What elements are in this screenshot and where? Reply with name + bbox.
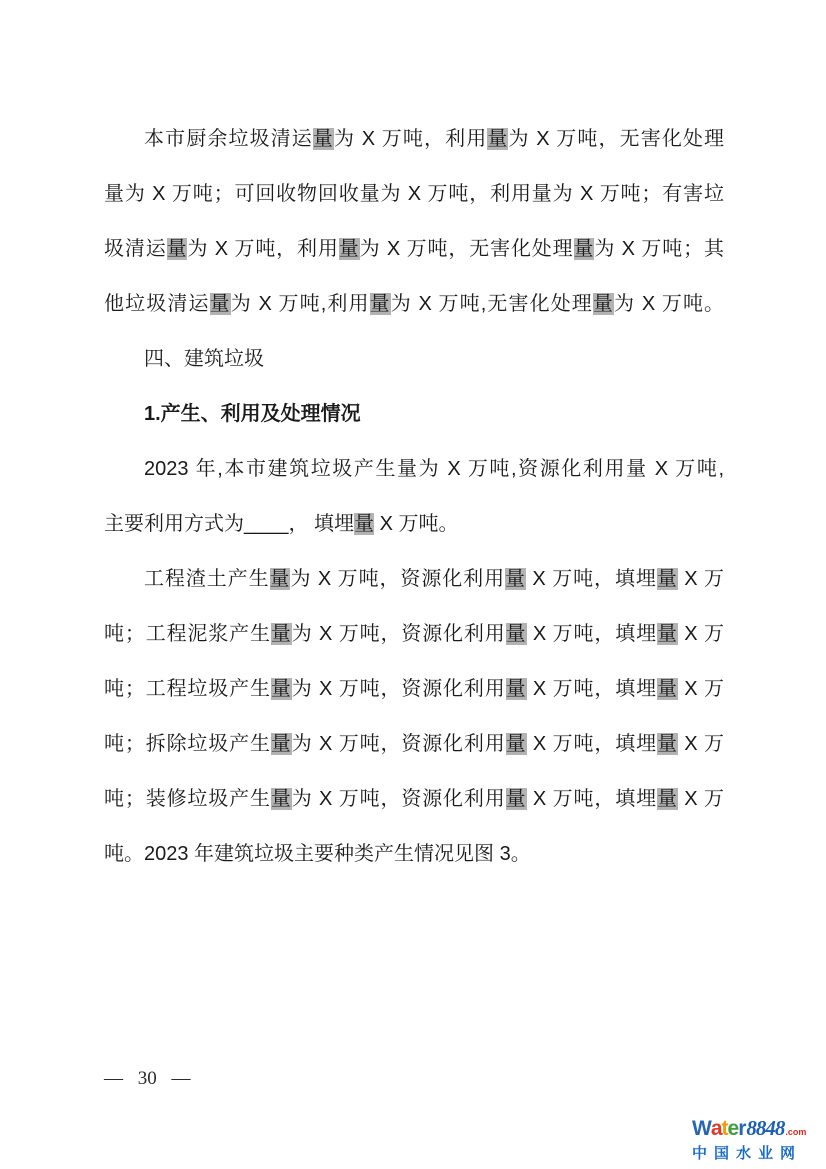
paragraph-line: 2023 年,本市建筑垃圾产生量为 X 万吨,资源化利用量 X 万吨,	[104, 442, 724, 497]
paragraph-line: 吨；工程泥浆产生量为 X 万吨，资源化利用量 X 万吨，填埋量 X 万	[104, 607, 724, 662]
paragraph-line: 量为 X 万吨；可回收物回收量为 X 万吨，利用量为 X 万吨；有害垃	[104, 167, 724, 222]
page-number: — 30 —	[104, 1064, 191, 1094]
brand-tld: .com	[785, 1127, 806, 1137]
paragraph-line: 吨；装修垃圾产生量为 X 万吨，资源化利用量 X 万吨，填埋量 X 万	[104, 772, 724, 827]
paragraph-line: 他垃圾清运量为 X 万吨,利用量为 X 万吨,无害化处理量为 X 万吨。	[104, 277, 724, 332]
paragraph-line: 吨。2023 年建筑垃圾主要种类产生情况见图 3。	[104, 827, 724, 882]
paragraph-line: 吨；拆除垃圾产生量为 X 万吨，资源化利用量 X 万吨，填埋量 X 万	[104, 717, 724, 772]
brand-letter: r	[738, 1117, 745, 1141]
paragraph-line: 圾清运量为 X 万吨，利用量为 X 万吨，无害化处理量为 X 万吨；其	[104, 222, 724, 277]
subsection-heading: 1.产生、利用及处理情况	[104, 387, 724, 442]
paragraph-waste-types: 工程渣土产生量为 X 万吨，资源化利用量 X 万吨，填埋量 X 万 吨；工程泥浆…	[104, 552, 724, 882]
paragraph-line: 工程渣土产生量为 X 万吨，资源化利用量 X 万吨，填埋量 X 万	[104, 552, 724, 607]
water8848-watermark: W a t e r 8848 .com 中国水业网	[692, 1116, 822, 1163]
brand-number: 8848	[746, 1116, 784, 1141]
watermark-site-name: 中国水业网	[692, 1142, 822, 1163]
brand-letter: e	[728, 1117, 739, 1141]
section-heading: 四、建筑垃圾	[104, 332, 724, 387]
watermark-logo: W a t e r 8848 .com	[692, 1116, 822, 1141]
brand-letter: W	[692, 1117, 711, 1141]
brand-letter: a	[711, 1117, 722, 1141]
paragraph-line: 吨；工程垃圾产生量为 X 万吨，资源化利用量 X 万吨，填埋量 X 万	[104, 662, 724, 717]
paragraph-household-waste: 本市厨余垃圾清运量为 X 万吨，利用量为 X 万吨，无害化处理 量为 X 万吨；…	[104, 112, 724, 332]
paragraph-overview: 2023 年,本市建筑垃圾产生量为 X 万吨,资源化利用量 X 万吨, 主要利用…	[104, 442, 724, 552]
paragraph-line: 本市厨余垃圾清运量为 X 万吨，利用量为 X 万吨，无害化处理	[104, 112, 724, 167]
document-body: 本市厨余垃圾清运量为 X 万吨，利用量为 X 万吨，无害化处理 量为 X 万吨；…	[104, 112, 724, 882]
document-page: 本市厨余垃圾清运量为 X 万吨，利用量为 X 万吨，无害化处理 量为 X 万吨；…	[0, 0, 826, 1169]
paragraph-line: 主要利用方式为____， 填埋量 X 万吨。	[104, 497, 724, 552]
